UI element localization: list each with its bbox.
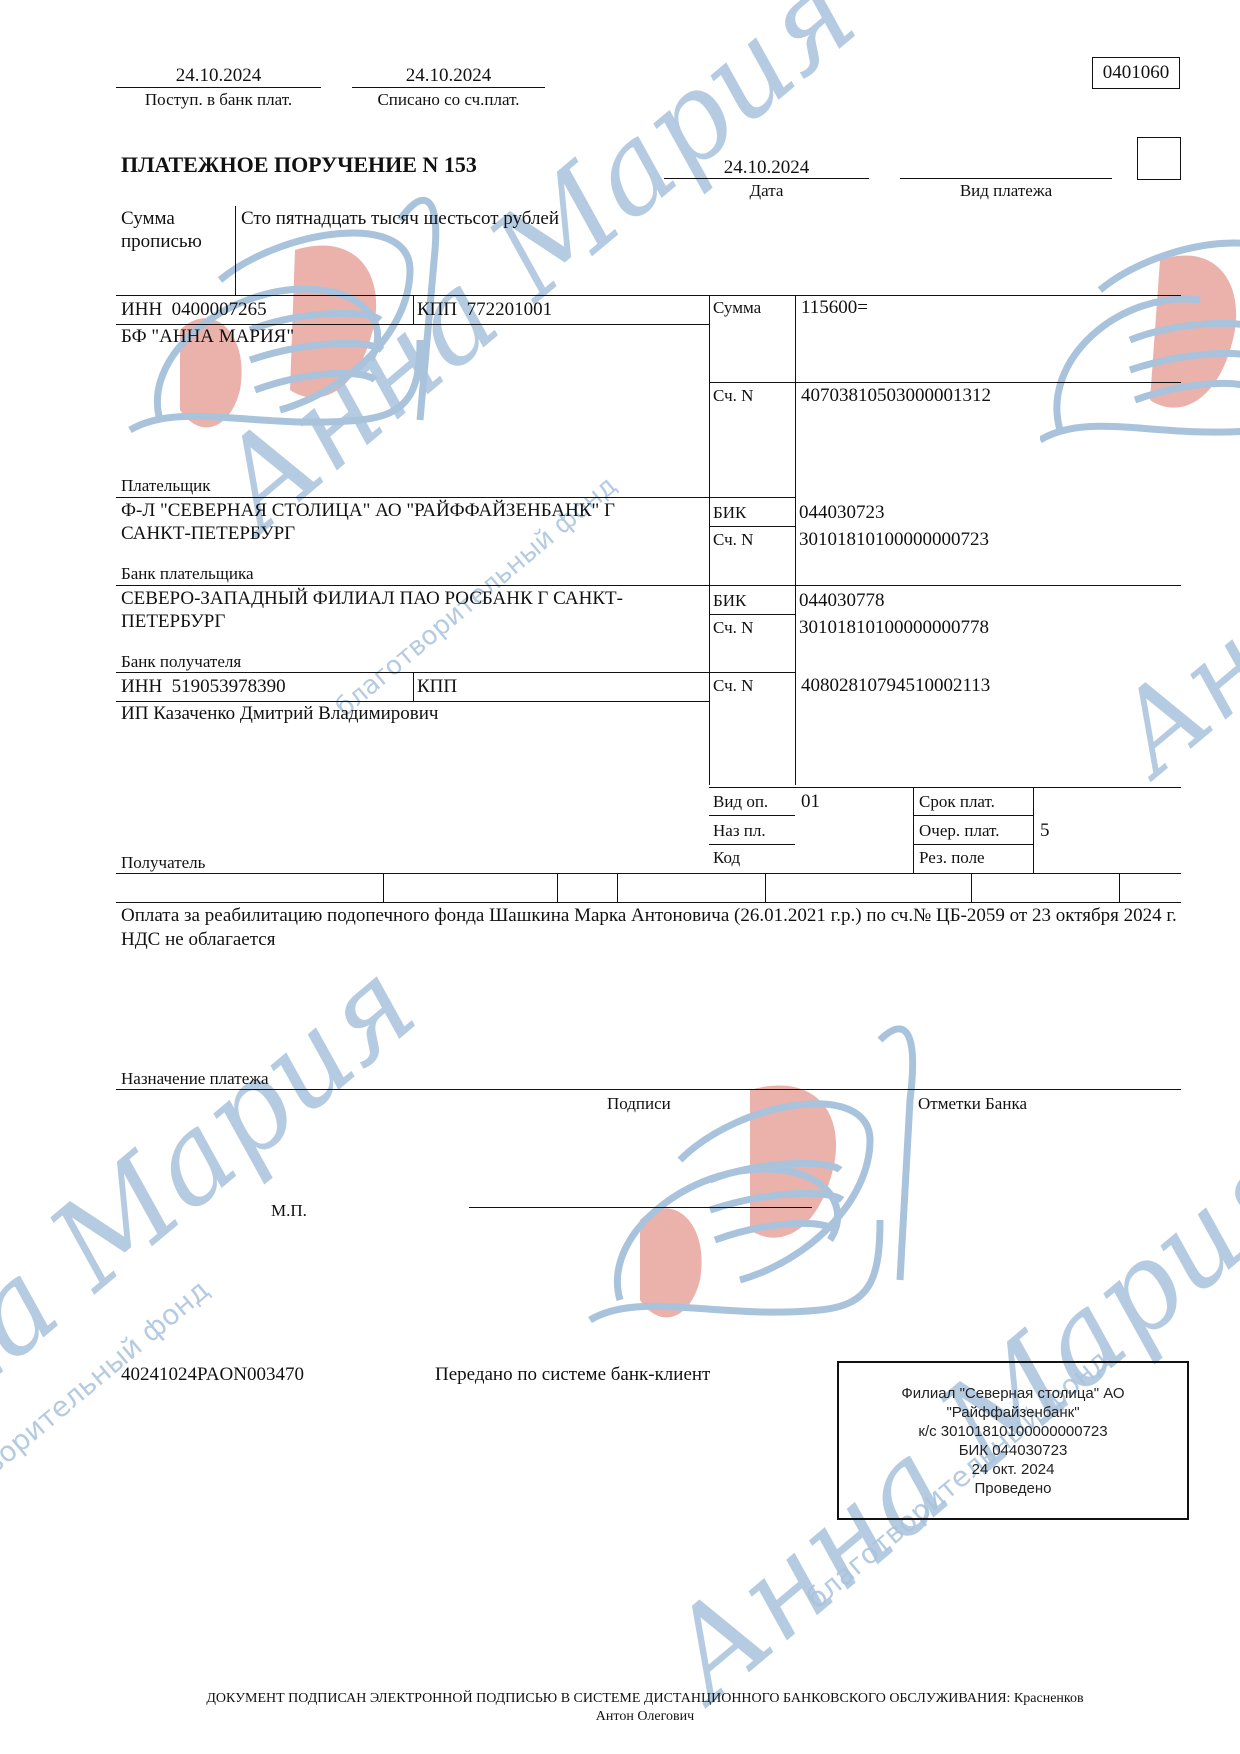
bank-received-date: 24.10.2024 — [116, 65, 321, 87]
bank-marks-label: Отметки Банка — [918, 1093, 1027, 1115]
bank-received-label: Поступ. в банк плат. — [116, 89, 321, 111]
purpose-code-label: Наз пл. — [713, 820, 766, 842]
tax-cell-divider — [617, 873, 618, 902]
divider — [116, 585, 1181, 586]
divider — [116, 701, 709, 702]
tax-cell-divider — [1119, 873, 1120, 902]
op-type-label: Вид оп. — [713, 791, 768, 813]
payer-name: БФ "АННА МАРИЯ" — [121, 326, 294, 348]
payee-bank-account-label: Сч. N — [713, 617, 753, 639]
payee-kpp-label: КПП — [417, 676, 457, 697]
priority-value: 5 — [1040, 820, 1050, 842]
transmitted-note: Передано по системе банк-клиент — [435, 1364, 710, 1386]
bank-stamp-line-4: БИК 044030723 — [839, 1441, 1187, 1460]
payment-type-label: Вид платежа — [900, 180, 1112, 202]
payee-section-label: Получатель — [121, 852, 205, 874]
debited-date: 24.10.2024 — [352, 65, 545, 87]
divider — [664, 178, 869, 179]
payee-account-label: Сч. N — [713, 675, 753, 697]
divider — [709, 815, 795, 816]
amount-words-value: Сто пятнадцать тысяч шестьсот рублей — [241, 208, 559, 230]
payee-inn: ИНН 519053978390 — [121, 676, 286, 698]
payer-kpp: КПП 772201001 — [417, 299, 552, 321]
divider — [116, 672, 795, 673]
payer-bank-name-2: САНКТ-ПЕТЕРБУРГ — [121, 523, 295, 545]
signature-line — [469, 1207, 812, 1208]
payment-purpose-label: Назначение платежа — [121, 1068, 269, 1090]
payee-bank-account-value: 30101810100000000778 — [799, 617, 989, 639]
payment-purpose-text: Оплата за реабилитацию подопечного фонда… — [121, 904, 1181, 952]
payment-order-document: 24.10.2024 Поступ. в банк плат. 24.10.20… — [0, 0, 1240, 1754]
payee-inn-value: 519053978390 — [172, 676, 286, 697]
form-code-box: 0401060 — [1092, 57, 1180, 89]
priority-label: Очер. плат. — [919, 820, 999, 842]
divider — [709, 382, 1181, 383]
bank-stamp-line-2: "Райффайзенбанк" — [839, 1403, 1187, 1422]
payee-kpp: КПП — [417, 676, 467, 698]
divider — [235, 206, 236, 295]
e-signature-line-1: ДОКУМЕНТ ПОДПИСАН ЭЛЕКТРОННОЙ ПОДПИСЬЮ В… — [100, 1690, 1190, 1708]
divider — [116, 87, 321, 88]
payee-bank-section-label: Банк получателя — [121, 651, 241, 673]
payer-inn-value: 0400007265 — [172, 299, 267, 320]
payment-mark-box — [1137, 137, 1181, 180]
divider — [900, 178, 1112, 179]
e-signature-footer: ДОКУМЕНТ ПОДПИСАН ЭЛЕКТРОННОЙ ПОДПИСЬЮ В… — [100, 1690, 1190, 1726]
payer-bank-bik-value: 044030723 — [799, 502, 885, 524]
divider — [413, 295, 414, 324]
payer-bank-name-1: Ф-Л "СЕВЕРНАЯ СТОЛИЦА" АО "РАЙФФАЙЗЕНБАН… — [121, 500, 615, 522]
bank-stamp: Филиал "Северная столица" АО "Райффайзен… — [837, 1361, 1189, 1520]
divider — [116, 1089, 1181, 1090]
form-code: 0401060 — [1103, 62, 1170, 83]
tax-cell-divider — [557, 873, 558, 902]
payee-bank-name-1: СЕВЕРО-ЗАПАДНЫЙ ФИЛИАЛ ПАО РОСБАНК Г САН… — [121, 588, 623, 610]
divider — [709, 787, 1181, 788]
tax-cell-divider — [383, 873, 384, 902]
code-label: Код — [713, 847, 740, 869]
bank-stamp-line-5: 24 окт. 2024 — [839, 1460, 1187, 1479]
payer-bank-section-label: Банк плательщика — [121, 563, 254, 585]
divider — [795, 295, 796, 785]
payer-bank-bik-label: БИК — [713, 502, 746, 524]
divider — [352, 87, 545, 88]
stamp-place-label: М.П. — [271, 1200, 307, 1222]
payer-bank-account-label: Сч. N — [713, 529, 753, 551]
bank-stamp-line-6: Проведено — [839, 1479, 1187, 1498]
amount-words-label-2: прописью — [121, 231, 202, 253]
page-title: ПЛАТЕЖНОЕ ПОРУЧЕНИЕ N 153 — [121, 154, 477, 176]
divider — [116, 324, 709, 325]
payer-account-label: Сч. N — [713, 385, 753, 407]
bank-stamp-line-3: к/с 30101810100000000723 — [839, 1422, 1187, 1441]
e-signature-line-2: Антон Олегович — [100, 1708, 1190, 1726]
divider — [1033, 787, 1034, 873]
order-date: 24.10.2024 — [664, 157, 869, 179]
bank-stamp-line-1: Филиал "Северная столица" АО — [839, 1384, 1187, 1403]
reserve-label: Рез. поле — [919, 847, 985, 869]
divider — [709, 526, 795, 527]
amount-value: 115600= — [801, 297, 868, 319]
op-type-value: 01 — [801, 791, 820, 813]
payee-account-value: 40802810794510002113 — [801, 675, 990, 697]
payer-bank-account-value: 30101810100000000723 — [799, 529, 989, 551]
divider — [913, 787, 914, 873]
payee-name: ИП Казаченко Дмитрий Владимирович — [121, 703, 438, 725]
payee-inn-label: ИНН — [121, 676, 162, 697]
divider — [116, 873, 1181, 874]
divider — [116, 295, 1181, 296]
payer-kpp-label: КПП — [417, 299, 457, 320]
payer-kpp-value: 772201001 — [467, 299, 553, 320]
payee-bank-name-2: ПЕТЕРБУРГ — [121, 611, 225, 633]
divider — [413, 672, 414, 701]
payee-bank-bik-label: БИК — [713, 590, 746, 612]
amount-words-label-1: Сумма — [121, 208, 175, 230]
amount-label: Сумма — [713, 297, 761, 319]
divider — [709, 614, 795, 615]
divider — [116, 497, 795, 498]
divider — [709, 844, 795, 845]
divider — [913, 815, 1033, 816]
divider — [709, 295, 710, 785]
payer-inn: ИНН 0400007265 — [121, 299, 267, 321]
due-label: Срок плат. — [919, 791, 995, 813]
tax-cell-divider — [765, 873, 766, 902]
divider — [116, 902, 1181, 903]
payer-section-label: Плательщик — [121, 475, 211, 497]
debited-label: Списано со сч.плат. — [352, 89, 545, 111]
order-date-label: Дата — [664, 180, 869, 202]
payer-account-value: 40703810503000001312 — [801, 385, 991, 407]
document-reference: 40241024PAON003470 — [121, 1364, 304, 1386]
signatures-label: Подписи — [607, 1093, 671, 1115]
payee-bank-bik-value: 044030778 — [799, 590, 885, 612]
tax-cell-divider — [971, 873, 972, 902]
payer-inn-label: ИНН — [121, 299, 162, 320]
divider — [913, 844, 1033, 845]
